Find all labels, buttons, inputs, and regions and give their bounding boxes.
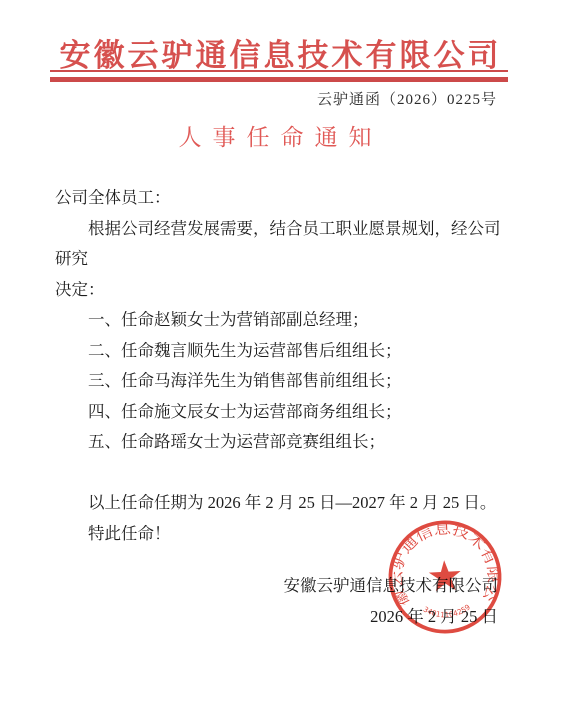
intro-paragraph: 根据公司经营发展需要，结合员工职业愿景规划，经公司研究决定： bbox=[55, 214, 507, 306]
letterhead-rule-thick bbox=[50, 77, 508, 82]
signature-company: 安徽云驴通信息技术有限公司 bbox=[284, 570, 499, 601]
document-number: 云驴通函（2026）0225号 bbox=[317, 88, 497, 109]
letterhead-rule-thin bbox=[50, 70, 508, 72]
appointment-item: 四、任命施文辰女士为运营部商务组组长； bbox=[55, 397, 507, 428]
appointment-item: 五、任命路瑶女士为运营部竞赛组组长； bbox=[55, 427, 507, 458]
appointment-item: 三、任命马海洋先生为销售部售前组组长； bbox=[55, 366, 507, 397]
document-page: 安徽云驴通信息技术有限公司 云驴通函（2026）0225号 人事任命通知 公司全… bbox=[0, 0, 561, 721]
appointment-item: 二、任命魏言顺先生为运营部售后组组长； bbox=[55, 336, 507, 367]
closing-line: 特此任命！ bbox=[55, 519, 507, 550]
company-letterhead: 安徽云驴通信息技术有限公司 bbox=[0, 30, 561, 75]
signature-block: 安徽云驴通信息技术有限公司 2026 年 2 月 25 日 bbox=[284, 570, 499, 632]
intro-line: 决定： bbox=[55, 275, 507, 306]
document-title: 人事任命通知 bbox=[0, 119, 561, 152]
salutation: 公司全体员工： bbox=[55, 183, 507, 214]
term-line: 以上任命任期为 2026 年 2 月 25 日—2027 年 2 月 25 日。 bbox=[55, 488, 507, 519]
appointment-item: 一、任命赵颖女士为营销部副总经理； bbox=[55, 305, 507, 336]
signature-date: 2026 年 2 月 25 日 bbox=[284, 601, 499, 632]
appointment-list: 一、任命赵颖女士为营销部副总经理；二、任命魏言顺先生为运营部售后组组长；三、任命… bbox=[55, 305, 507, 458]
document-body: 公司全体员工： 根据公司经营发展需要，结合员工职业愿景规划，经公司研究决定： 一… bbox=[55, 183, 507, 549]
intro-line: 根据公司经营发展需要，结合员工职业愿景规划，经公司研究 bbox=[55, 214, 507, 275]
